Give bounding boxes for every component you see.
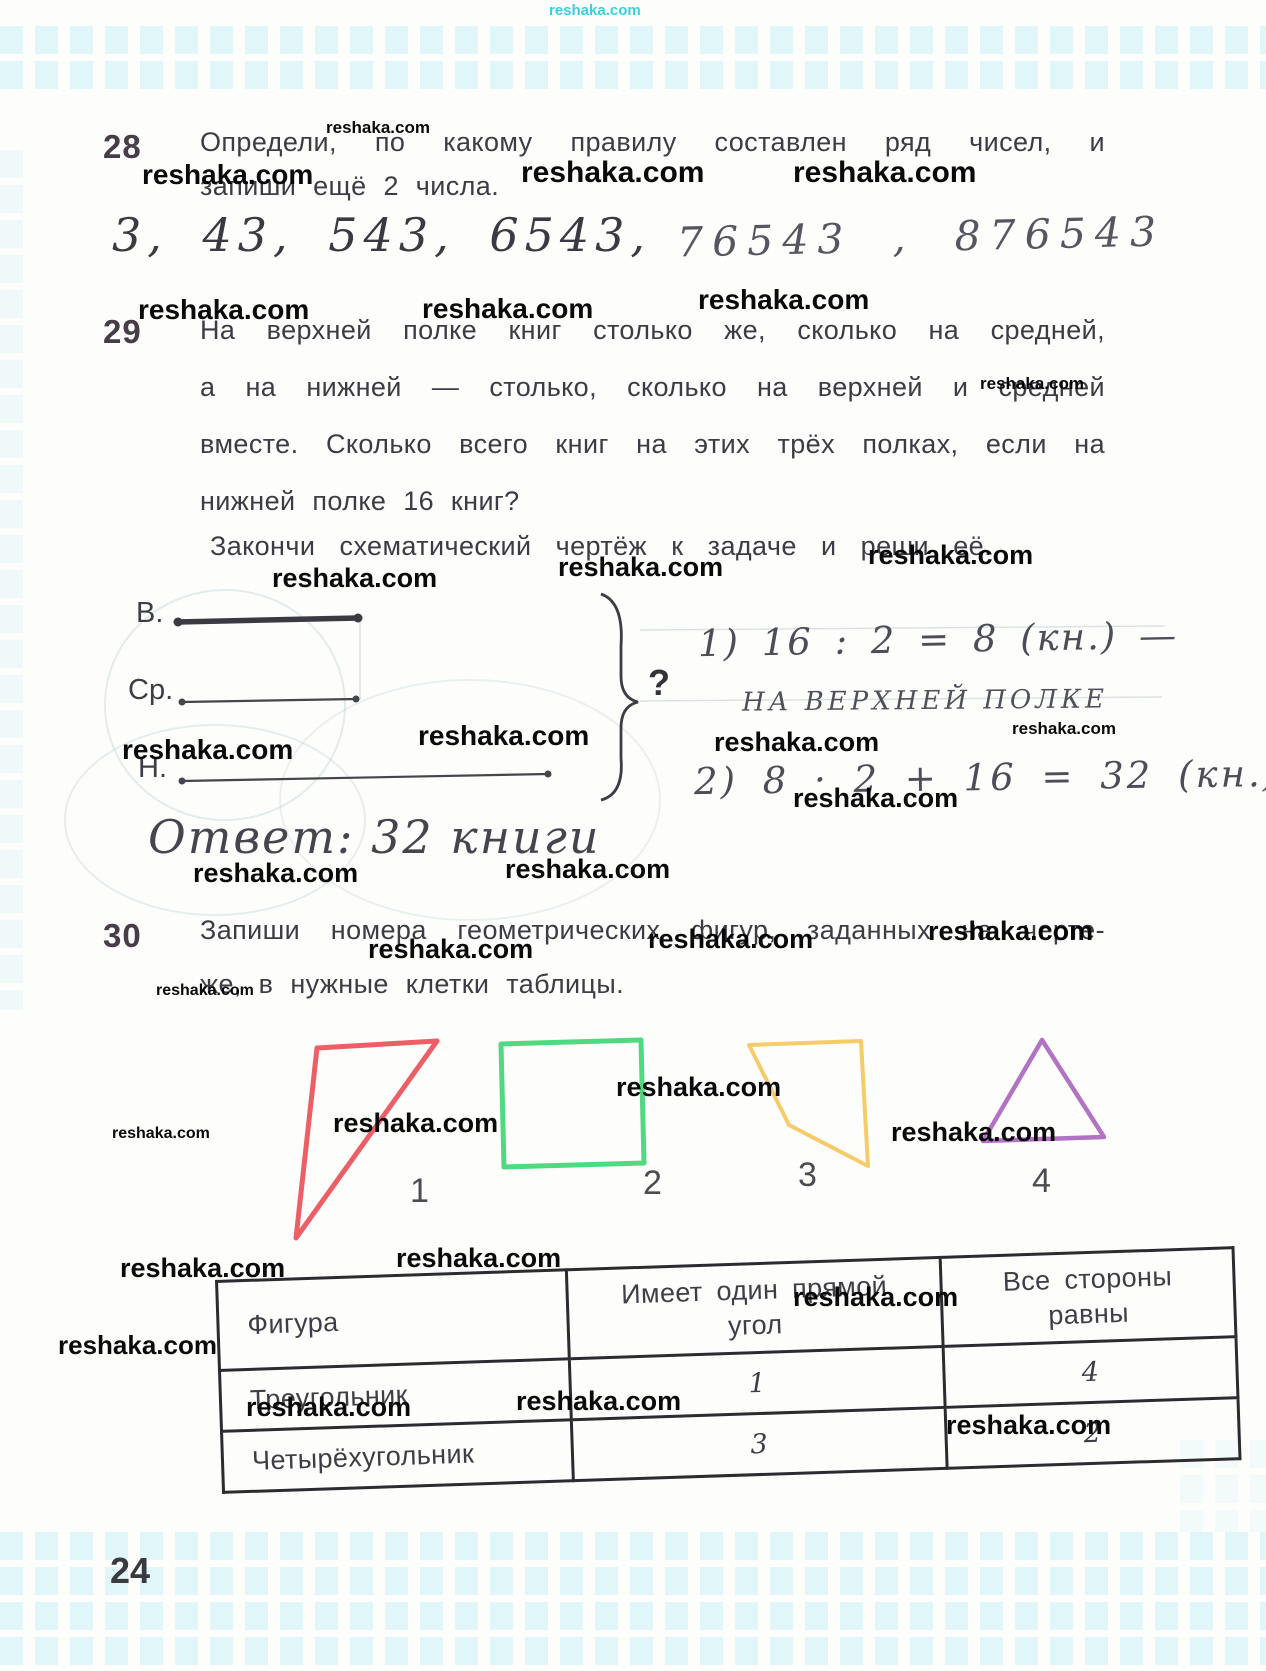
watermark: reshaka.com (396, 1245, 561, 1272)
watermark: reshaka.com (142, 161, 313, 189)
watermark: reshaka.com (505, 856, 670, 883)
figure-3-quadrilateral (749, 1041, 868, 1166)
figure-4-label: 4 (1032, 1162, 1051, 1201)
watermark: reshaka.com (422, 295, 593, 323)
figure-1-label: 1 (410, 1172, 429, 1211)
solution-step1: 1) 16 : 2 = 8 (кн.) — (698, 614, 1179, 665)
problem-29-line1: На верхней полке книг столько же, скольк… (200, 314, 1105, 347)
segment-top-shelf (174, 614, 363, 627)
watermark: reshaka.com (138, 296, 309, 324)
watermark: reshaka.com (698, 286, 869, 314)
diagram-label-top-shelf: В. (136, 597, 163, 630)
number-sequence: 3, 43, 543, 6543, 76543 , 876543 (112, 208, 1165, 262)
watermark: reshaka.com (418, 722, 589, 750)
watermark: reshaka.com (156, 983, 254, 999)
figure-2-label: 2 (643, 1164, 662, 1203)
watermark: reshaka.com (946, 1412, 1111, 1439)
watermark: reshaka.com (246, 1394, 411, 1421)
watermark: reshaka.com (1012, 720, 1116, 737)
row-name: Четырёхугольник (222, 1420, 574, 1493)
watermark: reshaka.com (928, 918, 1093, 945)
problem-29-line4: нижней полке 16 книг? (200, 485, 1105, 518)
segment-middle-shelf (179, 696, 360, 706)
watermark: reshaka.com (558, 554, 723, 581)
page-number: 24 (110, 1550, 150, 1592)
figure-2-square (501, 1040, 644, 1167)
watermark: reshaka.com (112, 1126, 210, 1142)
watermark: reshaka.com (368, 936, 533, 963)
watermark: reshaka.com (616, 1074, 781, 1101)
answer-cell: 3 (571, 1407, 947, 1480)
problem-29-number: 29 (103, 313, 142, 351)
sequence-handwritten: 76543 , 876543 (677, 207, 1166, 266)
watermark: reshaka.com (193, 860, 358, 887)
watermark: reshaka.com (648, 926, 813, 953)
diagram-label-middle-shelf: Ср. (128, 674, 173, 707)
watermark: reshaka.com (793, 785, 958, 812)
watermark: reshaka.com (868, 542, 1033, 569)
figures-table: Фигура Имеет один прямой угол Все сторон… (215, 1246, 1242, 1494)
watermark: reshaka.com (516, 1388, 681, 1415)
watermark: reshaka.com (891, 1119, 1056, 1146)
watermark: reshaka.com (326, 119, 430, 136)
sequence-printed: 3, 43, 543, 6543, (112, 208, 651, 262)
header-figure: Фигура (217, 1270, 570, 1371)
problem-29-line3: вместе. Сколько всего книг на этих трёх … (200, 428, 1105, 461)
watermark: reshaka.com (793, 1284, 958, 1311)
watermark: reshaka.com (793, 158, 976, 188)
problem-30-line2: же, в нужные клетки таблицы. (200, 968, 1105, 1001)
watermark: reshaka.com (521, 158, 704, 188)
workbook-page: 28 Определи, по какому правилу составлен… (0, 0, 1266, 1671)
problem-30-number: 30 (103, 917, 142, 955)
watermark: reshaka.com (333, 1110, 498, 1137)
watermark: reshaka.com (122, 736, 293, 764)
header-equal-sides: Все стороны равны (940, 1248, 1236, 1347)
watermark: reshaka.com (120, 1255, 285, 1282)
watermark: reshaka.com (714, 729, 879, 756)
problem-29-line2: а на нижней — столько, сколько на верхне… (200, 371, 1105, 404)
watermark: reshaka.com (549, 3, 641, 18)
problem-28-number: 28 (103, 128, 142, 166)
segment-bottom-shelf (179, 771, 552, 785)
brace (601, 594, 638, 800)
answer-cell: 4 (943, 1337, 1238, 1408)
watermark: reshaka.com (980, 375, 1084, 392)
solution-step2: 2) 8 · 2 + 16 = 32 (кн.) (694, 752, 1266, 803)
brace-question-mark: ? (648, 662, 670, 704)
watermark: reshaka.com (58, 1332, 217, 1358)
solution-step1-note: НА ВЕРХНЕЙ ПОЛКЕ (742, 684, 1108, 717)
watermark: reshaka.com (272, 565, 437, 592)
figure-3-label: 3 (798, 1156, 817, 1195)
